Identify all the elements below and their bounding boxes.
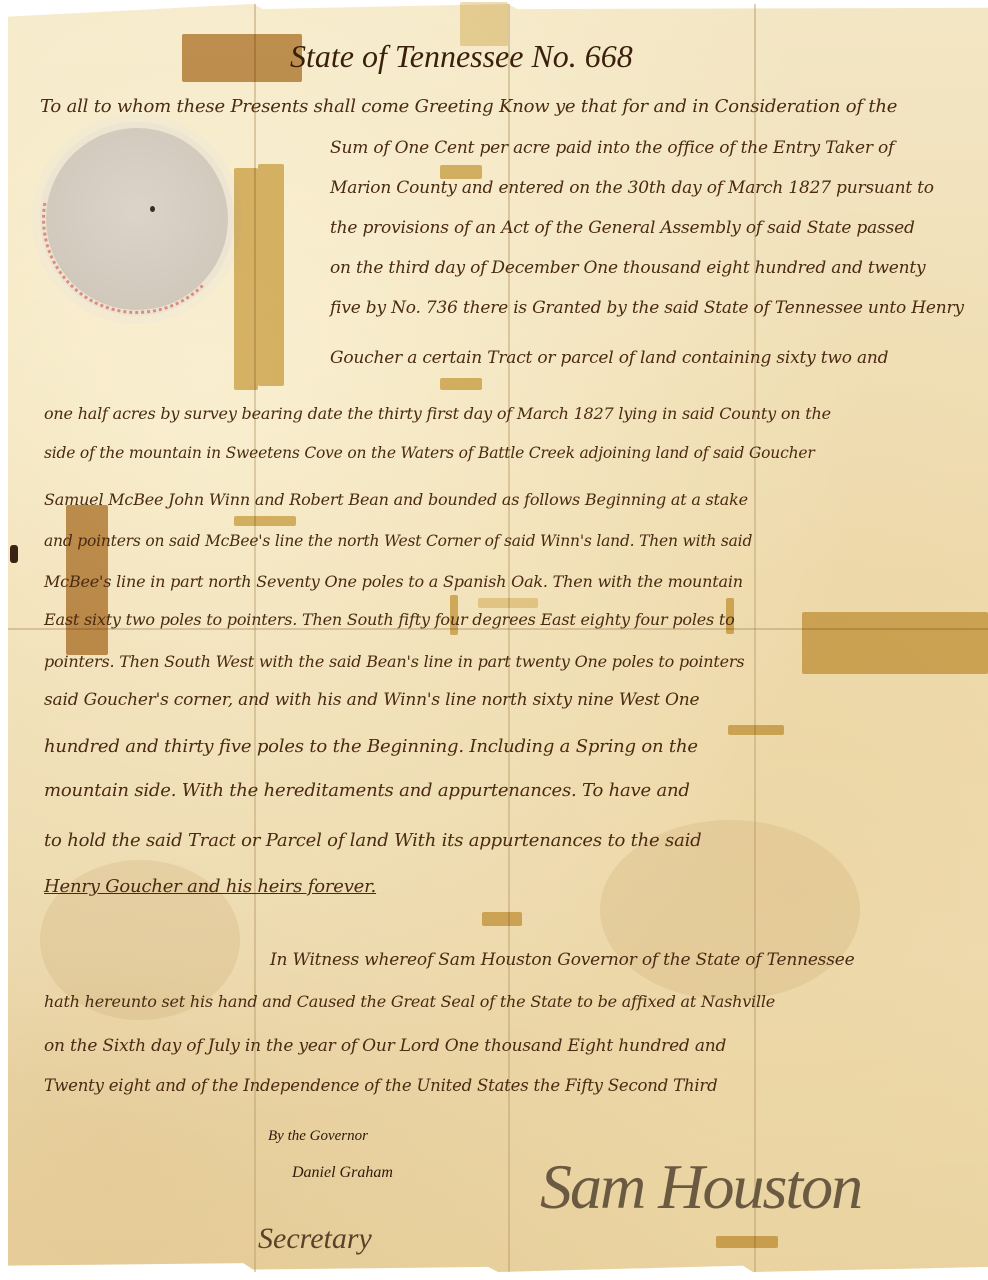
text-line: McBee's line in part north Seventy One p…	[44, 572, 743, 591]
text-line: to hold the said Tract or Parcel of land…	[44, 830, 701, 851]
text-line: side of the mountain in Sweetens Cove on…	[44, 444, 815, 462]
tape-small	[234, 516, 296, 526]
tape-small	[728, 725, 784, 735]
tape-small-bottom	[716, 1236, 778, 1248]
text-line: one half acres by survey bearing date th…	[44, 404, 831, 423]
text-line: Goucher a certain Tract or parcel of lan…	[330, 348, 888, 368]
document-title: State of Tennessee No. 668	[290, 38, 633, 75]
tape-strip-right	[802, 612, 988, 674]
text-line: and pointers on said McBee's line the no…	[44, 532, 752, 550]
text-line: To all to whom these Presents shall come…	[40, 96, 897, 117]
text-line: pointers. Then South West with the said …	[44, 652, 744, 671]
text-line: Sum of One Cent per acre paid into the o…	[330, 138, 894, 158]
text-line: East sixty two poles to pointers. Then S…	[44, 610, 735, 629]
text-line: In Witness whereof Sam Houston Governor …	[270, 950, 854, 970]
text-line: on the third day of December One thousan…	[330, 258, 925, 278]
text-line: hundred and thirty five poles to the Beg…	[44, 736, 698, 757]
tape-small	[440, 165, 482, 179]
secretary-signature: Daniel Graham	[292, 1164, 393, 1182]
tape-small	[478, 598, 538, 608]
text-line: the provisions of an Act of the General …	[330, 218, 915, 238]
tape-small	[440, 378, 482, 390]
attestation-by-line: By the Governor	[268, 1128, 368, 1145]
tape-strip-vertical-left	[234, 168, 258, 390]
text-line: Marion County and entered on the 30th da…	[330, 178, 934, 198]
text-line: said Goucher's corner, and with his and …	[44, 690, 699, 710]
tape-stain-top-left	[182, 34, 302, 82]
text-line: Henry Goucher and his heirs forever.	[44, 876, 376, 897]
text-line: Twenty eight and of the Independence of …	[44, 1076, 717, 1095]
embossed-seal	[46, 128, 228, 310]
governor-signature: Sam Houston	[540, 1150, 861, 1224]
text-line: mountain side. With the hereditaments an…	[44, 780, 690, 801]
secretary-title: Secretary	[258, 1222, 372, 1256]
text-line: hath hereunto set his hand and Caused th…	[44, 992, 775, 1011]
text-line: five by No. 736 there is Granted by the …	[330, 298, 964, 318]
ink-mark	[10, 545, 18, 563]
text-line: on the Sixth day of July in the year of …	[44, 1036, 726, 1056]
seal-ink-dot	[150, 206, 155, 212]
tape-strip-vertical-right	[258, 164, 284, 386]
text-line: Samuel McBee John Winn and Robert Bean a…	[44, 490, 748, 509]
tape-small	[482, 912, 522, 926]
